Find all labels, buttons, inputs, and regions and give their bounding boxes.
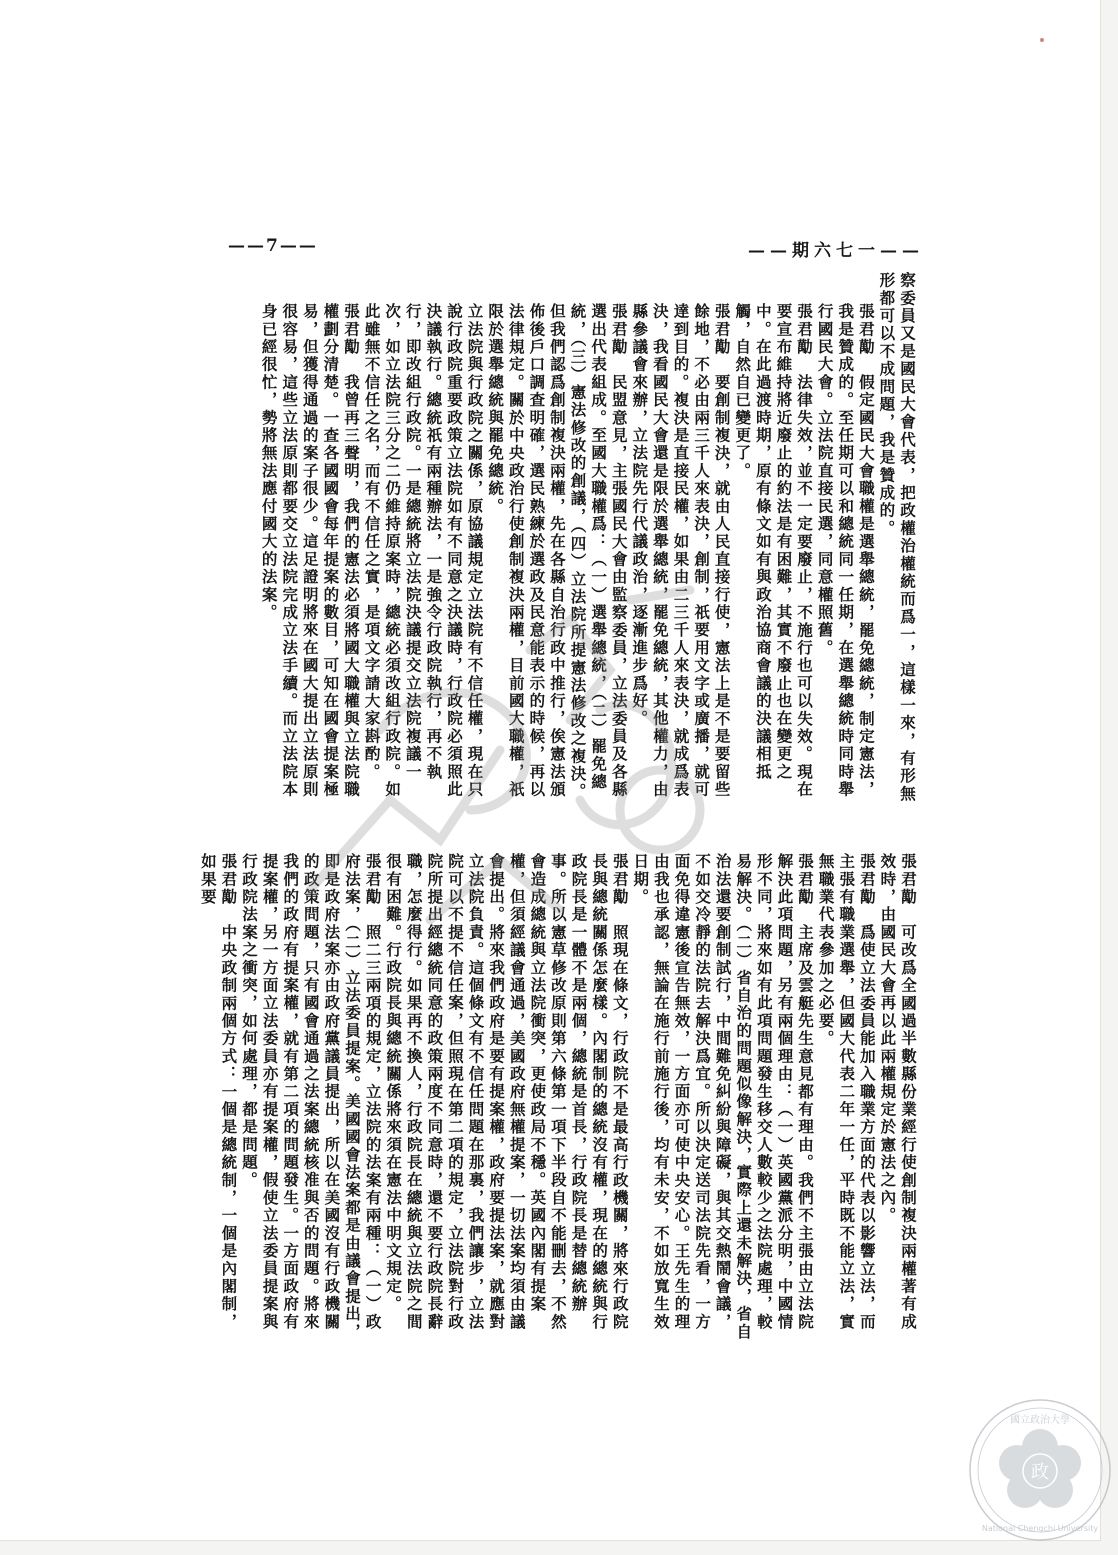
paragraph: 立法院與行政院之關係，原協議規定立法院有不信任權，現在只說行政院重要政策立法院如… [361, 303, 485, 812]
speaker-name: 張君勱 [713, 303, 732, 356]
paragraph-text: 爲使立法委員能加入職業方面的代表以影響立法，而主張有職業選舉，但國大代表二年一任… [817, 853, 877, 1331]
paragraph-text: 主席及雲艇先生意見都有理由。我們不主張由立法院解決此項問題，另有兩個理由：（一）… [631, 853, 815, 1341]
speaker-name: 張君勱 [610, 303, 629, 356]
paragraph-text: 民盟意見，主張國民大會由監察委員，立法委員及各縣選出代表組成。至國大職權爲：（一… [486, 303, 629, 801]
seal-name-en: National Chengchi University [982, 1524, 1098, 1533]
paragraph-text: 法律失效，並不一定要廢止，不施行也可以失效。現在要宣布維持將近廢止的約法是有困難… [733, 303, 814, 799]
page-number: ——7—— [228, 236, 318, 256]
paragraph: 張君勱 中央政制兩個方式：一個是總統制，一個是內閣制，如果要 [197, 853, 238, 1342]
ink-speck-icon [1030, 30, 1050, 50]
paragraph-text: 照二三兩項的規定，立法院的法案有兩種：（一）政府法案，（二）立法委員提案。美國國… [240, 853, 383, 1341]
speaker-name: 張君勱 [364, 853, 383, 906]
paragraph-text: 可改爲全國過半數縣份業經行使創制複決兩權著有成效時，由國民大會再以此兩權規定於憲… [878, 853, 918, 1331]
paragraph-text: 要創制複決，就由人民直接行使，憲法上是不是要留些餘地，不必由兩三千人來表決，創制… [630, 303, 731, 799]
paragraph-text: 立法院與行政院之關係，原協議規定立法院有不信任權，現在只說行政院重要政策立法院如… [363, 303, 485, 799]
speaker-name: 張君勱 [857, 303, 876, 356]
paragraph: 張君勱 法律失效，並不一定要廢止，不施行也可以失效。現在要宣布維持將近廢止的約法… [732, 303, 814, 812]
speaker-name: 張君勱 [858, 853, 877, 906]
paragraph: 張君勱 假定國民大會職權是選舉總統，罷免總統，制定憲法，我是贊成的。至任期可以和… [814, 303, 876, 812]
paragraph: 張君勱 我曾再三聲明，我們的憲法必須將國大職權與立法院職權劃分清楚。一查各國國會… [258, 303, 361, 812]
text-block-bottom: 張君勱 可改爲全國過半數縣份業經行使創制複決兩權著有成效時，由國民大會再以此兩權… [212, 822, 918, 1342]
university-seal-icon: 政 國立政治大學 National Chengchi University [965, 1395, 1115, 1545]
paragraph-text: 假定國民大會職權是選舉總統，罷免總統，制定憲法，我是贊成的。至任期可以和總統同一… [816, 303, 876, 799]
paragraph: 張君勱 可改爲全國過半數縣份業經行使創制複決兩權著有成效時，由國民大會再以此兩權… [877, 853, 918, 1342]
seal-center-glyph: 政 [1031, 1462, 1049, 1483]
speaker-name: 張君勱 [611, 853, 630, 906]
speaker-name: 張君勱 [899, 853, 918, 906]
seal-name-cn: 國立政治大學 [1010, 1413, 1070, 1426]
speaker-name: 張君勱 [796, 853, 815, 906]
paragraph-text: 中央政制兩個方式：一個是總統制，一個是內閣制，如果要 [199, 853, 239, 1331]
speaker-name: 張君勱 [342, 303, 361, 356]
paragraph: 張君勱 主席及雲艇先生意見都有理由。我們不主張由立法院解決此項問題，另有兩個理由… [630, 853, 815, 1342]
paragraph: 察委員又是國民大會代表，把政權治權統而爲一，這樣一來，有形無形都可以不成問題，我… [876, 272, 917, 812]
paragraph: 張君勱 爲使立法委員能加入職業方面的代表以影響立法，而主張有職業選舉，但國大代表… [815, 853, 877, 1342]
speaker-name: 張君勱 [219, 853, 238, 906]
paragraph-text: 察委員又是國民大會代表，把政權治權統而爲一，這樣一來，有形無形都可以不成問題，我… [877, 272, 917, 803]
issue-number: ——期六七一—— [748, 236, 924, 261]
paragraph: 張君勱 照二三兩項的規定，立法院的法案有兩種：（一）政府法案，（二）立法委員提案… [238, 853, 382, 1342]
paragraph: 張君勱 要創制複決，就由人民直接行使，憲法上是不是要留些餘地，不必由兩三千人來表… [629, 303, 732, 812]
speaker-name: 張君勱 [795, 303, 814, 356]
paragraph-text: 我曾再三聲明，我們的憲法必須將國大職權與立法院職權劃分清楚。一查各國國會每年提案… [260, 303, 361, 799]
paragraph: 張君勱 民盟意見，主張國民大會由監察委員，立法委員及各縣選出代表組成。至國大職權… [485, 303, 629, 812]
paragraph-text: 照現在條文，行政院不是最高行政機關，將來行政院長與總統關係怎麼樣。內閣制的總統沒… [384, 853, 630, 1331]
paragraph: 張君勱 照現在條文，行政院不是最高行政機關，將來行政院長與總統關係怎麼樣。內閣制… [383, 853, 630, 1342]
text-block-top: 察委員又是國民大會代表，把政權治權統而爲一，這樣一來，有形無形都可以不成問題，我… [205, 272, 917, 812]
